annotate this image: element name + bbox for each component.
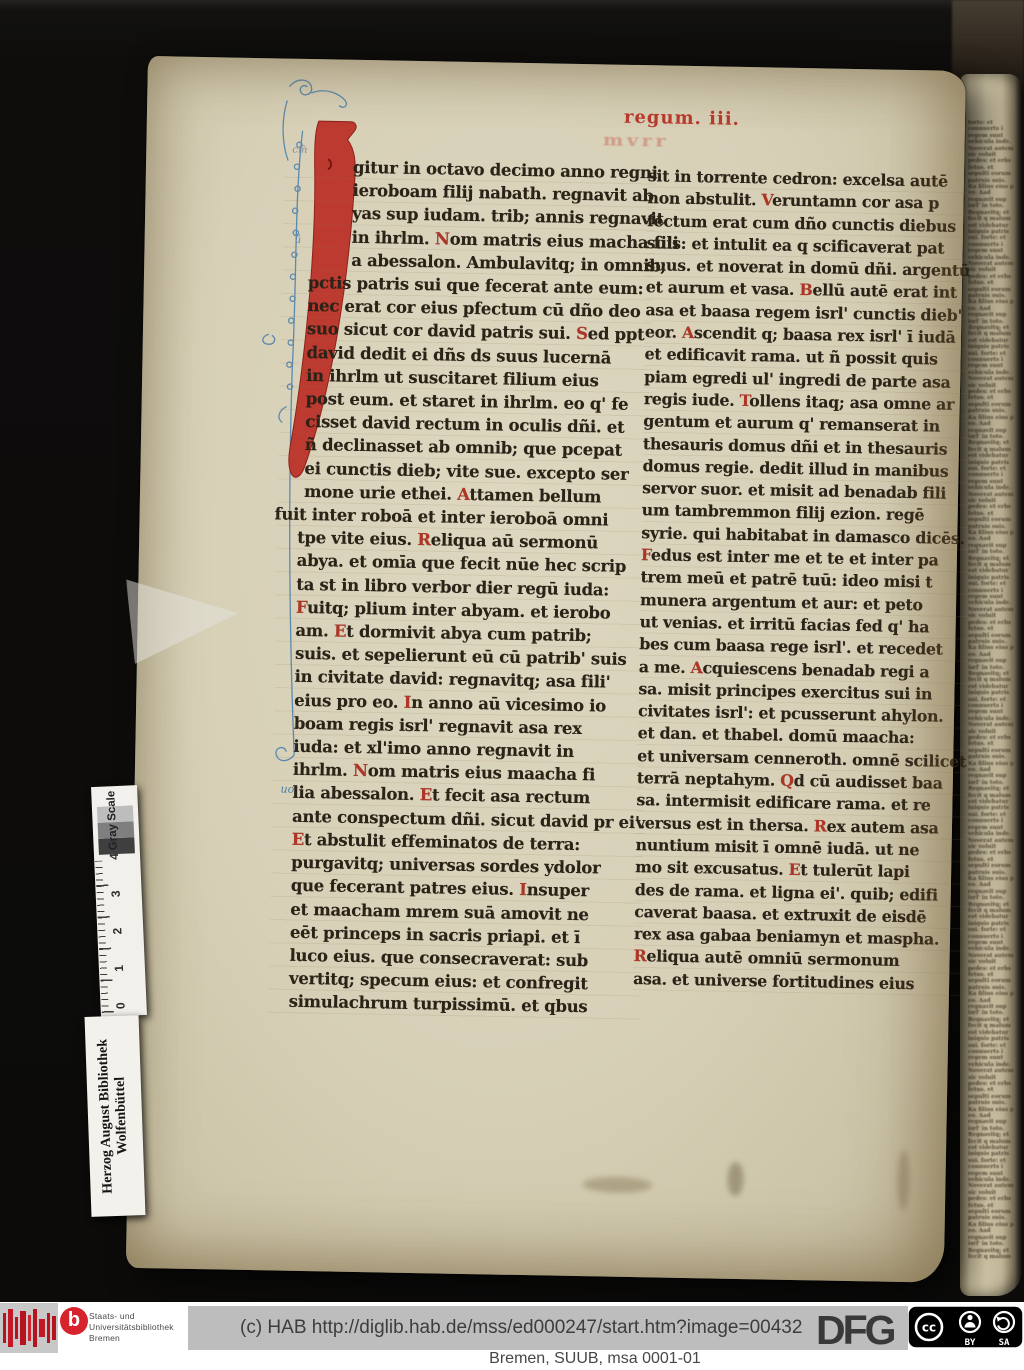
photo-background: forte: et connuerts ī regem sunt vehicul…: [0, 0, 1024, 1302]
ruler-number: 2: [110, 927, 124, 934]
svg-text:BY: BY: [965, 1338, 976, 1348]
bremen-b-logo: b: [60, 1307, 88, 1335]
svg-text:SA: SA: [999, 1338, 1010, 1348]
manuscript-page: regum. iii. mvrr: [126, 56, 966, 1283]
parchment-stain: [582, 1176, 652, 1193]
bremen-library-name: Staats- undUniversitätsbibliothekBremen: [89, 1311, 174, 1343]
cc-license-badge: cc BY SA: [908, 1306, 1023, 1350]
dfg-logo: DFG: [816, 1307, 894, 1354]
suub-bars-logo: [0, 1303, 58, 1353]
bremen-library-name-line: Universitätsbibliothek: [89, 1322, 174, 1333]
ruler-number: 0: [113, 1002, 127, 1009]
svg-text:cc: cc: [922, 1321, 936, 1335]
copyright-line: (c) HAB http://diglib.hab.de/mss/ed00024…: [240, 1306, 802, 1350]
ruler-number: 1: [112, 965, 126, 972]
rubric-showthrough: mvrr: [603, 130, 669, 150]
right-text-column: sit in torrente cedron: excelsa autēnon …: [633, 165, 978, 996]
library-label: Herzog August Bibliothek Wolfenbüttel: [85, 1015, 146, 1217]
bremen-library-name-line: Bremen: [89, 1333, 174, 1344]
parchment-stain: [727, 1162, 744, 1196]
manuscript-line: asa. et universe fortitudines eius: [633, 968, 963, 996]
scan-viewer: forte: et connuerts ī regem sunt vehicul…: [0, 0, 1024, 1370]
left-text-column: gitur in octavo decimo anno regniieroboa…: [268, 155, 656, 1020]
bremen-library-name-line: Staats- und: [89, 1311, 174, 1322]
page-rubric: regum. iii.: [587, 106, 777, 130]
footer-bar: b Staats- undUniversitätsbibliothekBreme…: [0, 1302, 1024, 1370]
ruler-number: 3: [109, 890, 123, 897]
parchment-stain: [897, 1150, 910, 1210]
